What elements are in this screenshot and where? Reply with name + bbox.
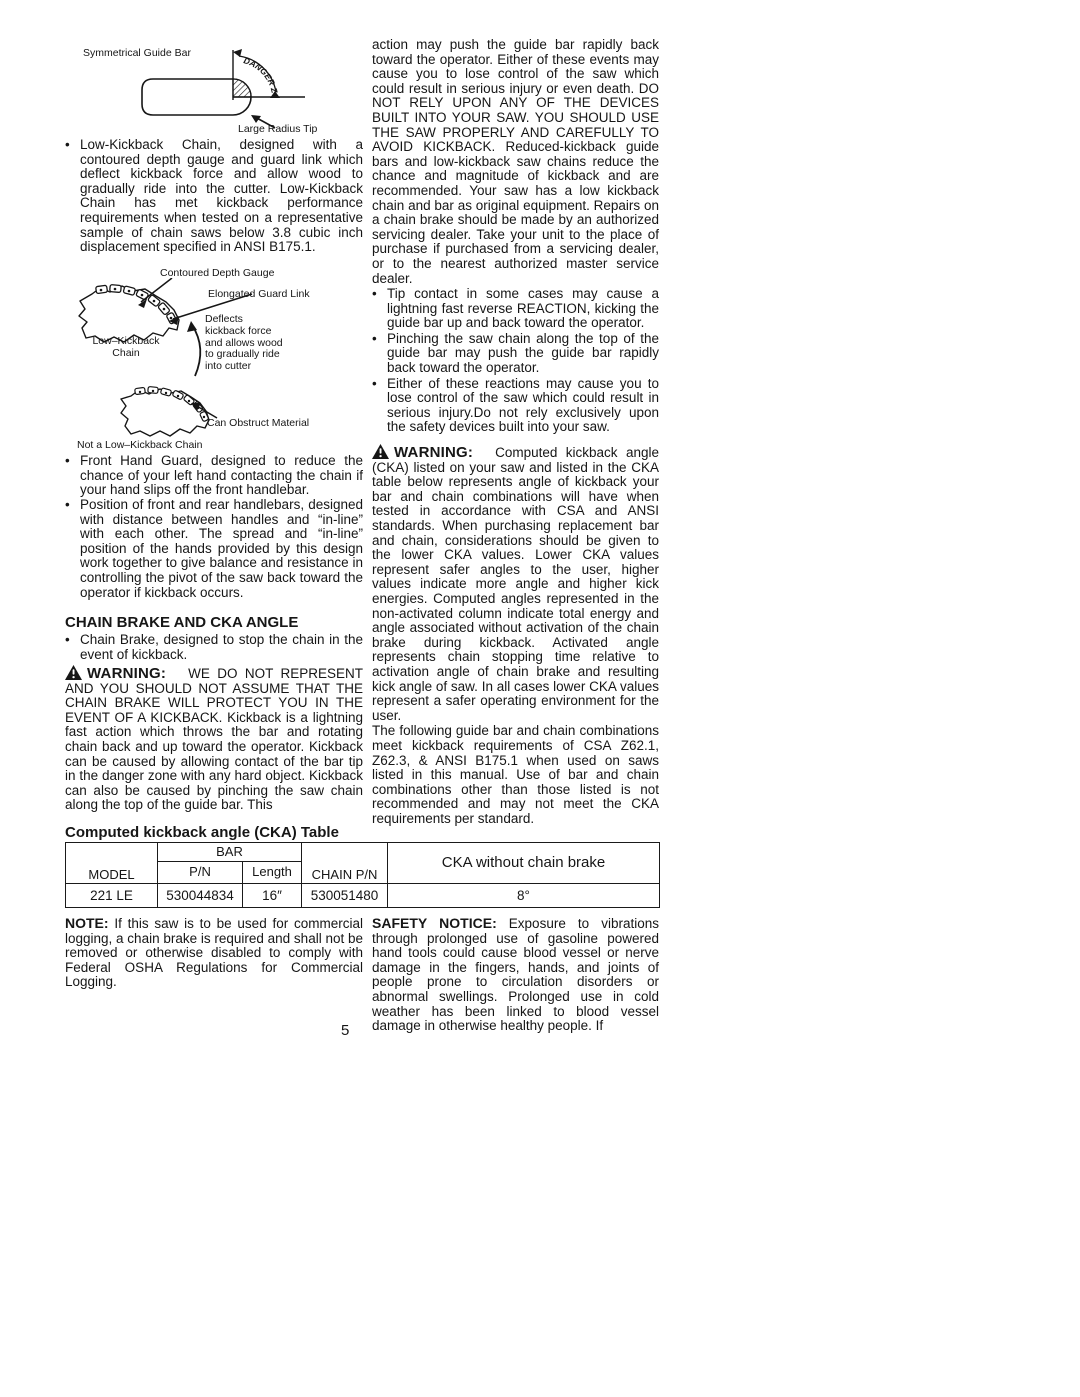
safety-notice-paragraph: SAFETY NOTICE: Exposure to vibrations th… (372, 916, 659, 1034)
bullet-marker: • (372, 287, 387, 331)
bullet-text: Chain Brake, designed to stop the chain … (80, 633, 363, 662)
note-label: NOTE: (65, 915, 109, 931)
bullet-text: Tip contact in some cases may cause a li… (387, 287, 659, 331)
bullet-marker: • (65, 633, 80, 662)
label-not-low-kickback-chain: Not a Low–Kickback Chain (77, 440, 202, 452)
danger-zone-hatched-area (233, 79, 251, 97)
bullet-item-pinching: • Pinching the saw chain along the top o… (372, 332, 659, 376)
bullet-marker: • (372, 377, 387, 435)
label-can-obstruct-material: Can Obstruct Material (207, 418, 309, 430)
cell-bar-pn: 530044834 (158, 884, 243, 908)
bullet-marker: • (65, 138, 80, 255)
col-header-model: MODEL (66, 843, 158, 884)
danger-zone-label: DANGER ZONE (123, 42, 280, 95)
bullet-item-handlebars: • Position of front and rear handlebars,… (65, 498, 363, 600)
note-paragraph: NOTE: If this saw is to be used for comm… (65, 916, 363, 990)
bullet-text: Front Hand Guard, designed to reduce the… (80, 454, 363, 498)
bullet-item-chain-brake: • Chain Brake, designed to stop the chai… (65, 633, 363, 662)
cka-table: MODEL BAR CHAIN P/N CKA without chain br… (65, 842, 660, 908)
col-header-cka: CKA without chain brake (388, 843, 660, 884)
warning-icon (372, 445, 389, 460)
bullet-marker: • (65, 454, 80, 498)
not-low-kickback-chain-diagram (113, 384, 285, 444)
bullet-item-tip-contact: • Tip contact in some cases may cause a … (372, 287, 659, 331)
bullet-marker: • (372, 332, 387, 376)
cell-cka: 8° (388, 884, 660, 908)
manual-page: Symmetrical Guide Bar DANGER ZONE Larg (0, 0, 1080, 1397)
bullet-text: Position of front and rear handlebars, d… (80, 498, 363, 600)
paragraph-following-combinations: The following guide bar and chain combin… (372, 724, 659, 826)
table-title: Computed kickback angle (CKA) Table (65, 825, 659, 841)
label-large-radius-tip: Large Radius Tip (238, 124, 317, 136)
cell-bar-length: 16″ (243, 884, 302, 908)
label-deflects-note: Deflects kickback force and allows wood … (205, 314, 283, 373)
col-header-chain-pn: CHAIN P/N (302, 843, 388, 884)
paragraph-kickback-continuation: action may push the guide bar rapidly ba… (372, 38, 659, 286)
guide-bar-diagram: DANGER ZONE (123, 42, 315, 136)
cell-chain-pn: 530051480 (302, 884, 388, 908)
bullet-text: Either of these reactions may cause you … (387, 377, 659, 435)
col-header-bar-group: BAR (158, 843, 302, 862)
svg-text:DANGER ZONE: DANGER ZONE (123, 42, 280, 95)
warning-block-chain-brake: WARNING:WE DO NOT REPRESENT AND YOU SHOU… (65, 665, 363, 813)
warning-body-text: Computed kickback angle (CKA) listed on … (372, 445, 659, 723)
bullet-item-front-hand-guard: • Front Hand Guard, designed to reduce t… (65, 454, 363, 498)
bullet-text: Low-Kickback Chain, designed with a cont… (80, 138, 363, 255)
page-number: 5 (341, 1022, 349, 1039)
warning-body-text: Kickback is a lightning fast action whic… (65, 710, 363, 813)
note-text: If this saw is to be used for commercial… (65, 916, 363, 989)
right-column: action may push the guide bar rapidly ba… (372, 38, 659, 826)
table-header-row-1: MODEL BAR CHAIN P/N CKA without chain br… (66, 843, 660, 862)
label-elongated-guard-link: Elongated Guard Link (208, 289, 310, 301)
col-header-bar-length: Length (243, 862, 302, 884)
col-header-bar-pn: P/N (158, 862, 243, 884)
safety-notice-text: Exposure to vibrations through prolonged… (372, 916, 659, 1033)
page-content: Symmetrical Guide Bar DANGER ZONE Larg (65, 30, 659, 1070)
wood-blob (121, 389, 209, 436)
safety-notice-label: SAFETY NOTICE: (372, 915, 497, 931)
section-heading-chain-brake: CHAIN BRAKE AND CKA ANGLE (65, 615, 363, 631)
bullet-item-reactions: • Either of these reactions may cause yo… (372, 377, 659, 435)
bullet-marker: • (65, 498, 80, 600)
deflects-curved-arrow (192, 325, 200, 376)
bullet-item-low-kickback-chain: • Low-Kickback Chain, designed with a co… (65, 138, 363, 255)
warning-block-cka: WARNING:Computed kickback angle (CKA) li… (372, 444, 659, 723)
warning-icon (65, 666, 82, 681)
cell-model: 221 LE (66, 884, 158, 908)
warning-label: WARNING: (394, 444, 473, 461)
bullet-text: Pinching the saw chain along the top of … (387, 332, 659, 376)
table-row: 221 LE 530044834 16″ 530051480 8° (66, 884, 660, 908)
label-low-kickback-chain: Low–Kickback Chain (75, 336, 177, 360)
warning-label: WARNING: (87, 665, 166, 682)
